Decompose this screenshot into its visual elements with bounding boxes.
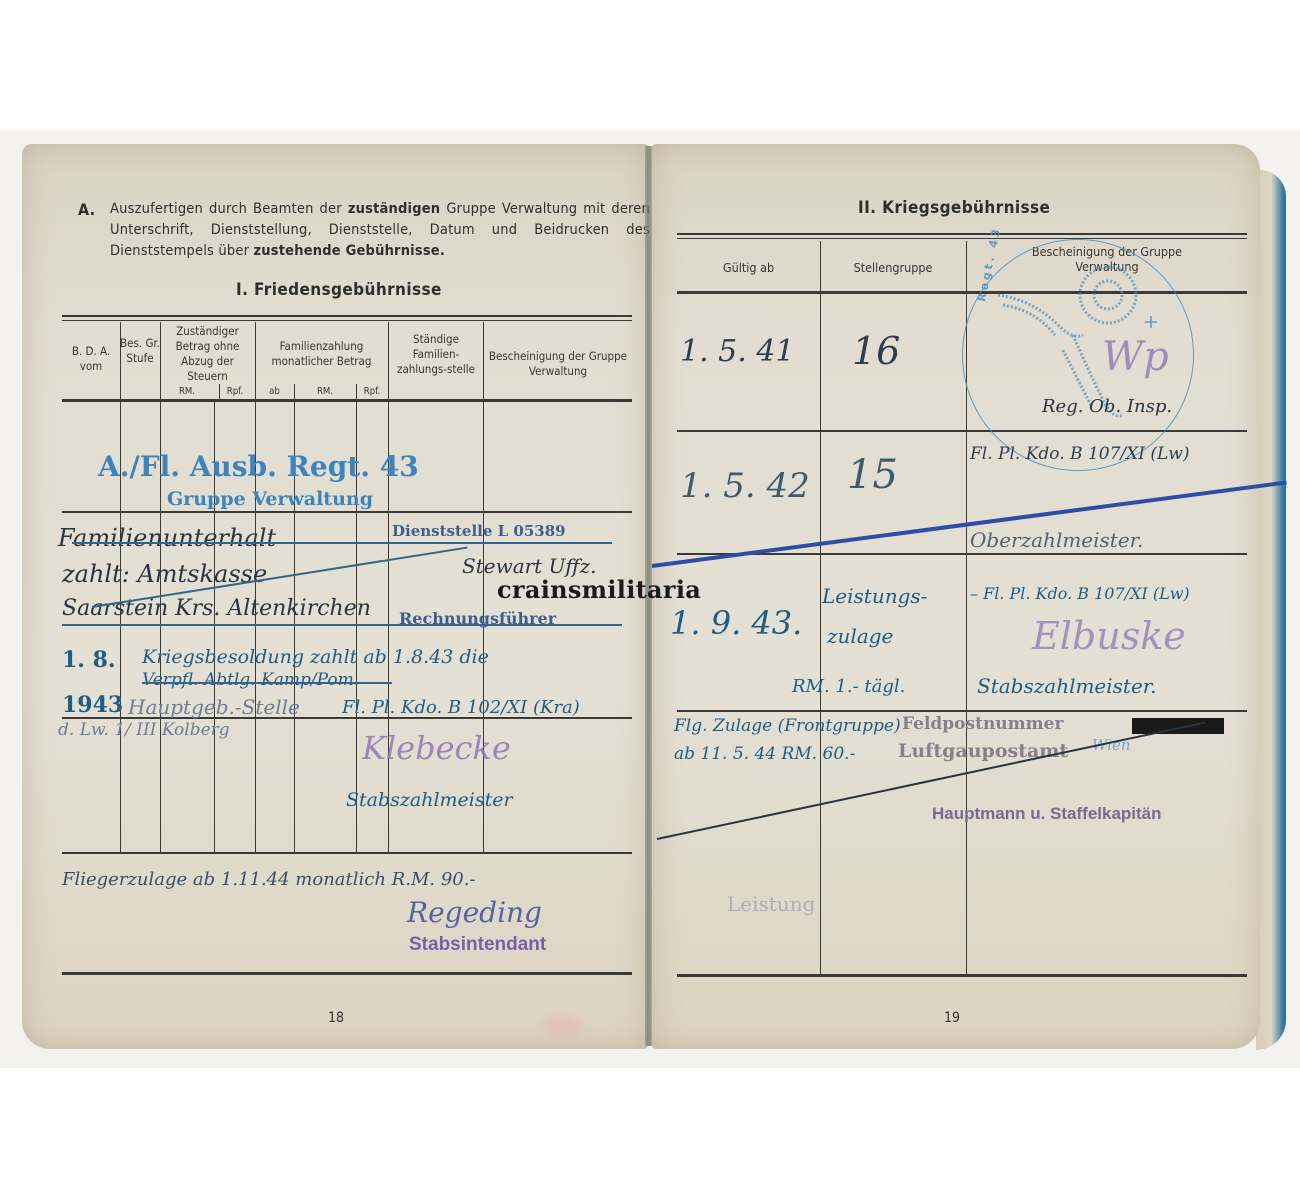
table-bottom-rule xyxy=(677,974,1247,977)
header-familie-ab: ab xyxy=(255,384,294,399)
section-title-kriegsgebuehrnisse: II. Kriegsgebührnisse xyxy=(858,198,1050,218)
signature-regeding: Regeding xyxy=(407,896,542,929)
header-bda: B. D. A. vom xyxy=(62,344,120,374)
entry-fliegerzulage: Fliegerzulage ab 1.11.44 monatlich R.M. … xyxy=(62,869,476,890)
row3-stellengruppe-line3: RM. 1.- tägl. xyxy=(792,676,905,697)
watermark-text: crainsmilitaria xyxy=(497,575,701,604)
zulage-line2: ab 11. 5. 44 RM. 60.- xyxy=(674,744,855,764)
violet-signature: Wp xyxy=(1102,334,1169,380)
table-top-rule xyxy=(677,233,1247,239)
header-familienzahlung: Familienzahlung monatlicher Betrag xyxy=(255,339,388,369)
entry-stabszahlmeister: Stabszahlmeister xyxy=(346,789,513,811)
entry-kolberg: d. Lw. 1/ III Kolberg xyxy=(58,720,230,740)
row1-gueltig-ab: 1. 5. 41 xyxy=(680,334,795,369)
instruction-block: A. Auszufertigen durch Beamten der zustä… xyxy=(80,199,650,262)
header-betrag-rpf: Rpf. xyxy=(216,384,254,399)
entry-verpfl-abtlg: Verpfl. Abtlg. Kamp/Pom. xyxy=(142,670,359,690)
col-divider xyxy=(820,241,821,974)
violet-signature: Klebecke xyxy=(362,729,511,767)
header-bescheinigung: Bescheinigung der Gruppe Verwaltung xyxy=(488,349,628,379)
stamp-hauptmann: Hauptmann u. Staffelkapitän xyxy=(932,804,1162,824)
row2-bescheinigung-rank: Oberzahlmeister. xyxy=(970,528,1143,552)
strike-line xyxy=(72,542,612,544)
entry-date-day: 1. 8. xyxy=(62,647,116,673)
row3-stellengruppe-line1: Leistungs- xyxy=(822,584,927,608)
page-number-left: 18 xyxy=(328,1010,344,1026)
faint-stamp: Leistung xyxy=(727,892,815,916)
stamp-dienststelle: Dienststelle L 05389 xyxy=(392,522,566,540)
page-number-right: 19 xyxy=(944,1010,960,1026)
stamp-stabsintendant: Stabsintendant xyxy=(409,934,546,956)
stamp-luftgaupostamt: Luftgaupostamt xyxy=(898,740,1068,762)
document-photo: A. Auszufertigen durch Beamten der zustä… xyxy=(0,130,1300,1068)
header-gueltig-ab: Gültig ab xyxy=(677,260,820,275)
violet-signature: Elbuske xyxy=(1032,614,1186,658)
row2-gueltig-ab: 1. 5. 42 xyxy=(680,466,810,506)
redaction-bar xyxy=(1132,718,1224,734)
row3-bescheinigung-unit: – Fl. Pl. Kdo. B 107/XI (Lw) xyxy=(970,584,1190,603)
booklet-cover-edge xyxy=(1256,170,1286,1050)
unit-stamp-line1: A./Fl. Ausb. Regt. 43 xyxy=(98,450,419,483)
header-bes: Bes. Gr. Stufe xyxy=(120,336,160,366)
header-bottom-rule xyxy=(62,399,632,402)
row2-stellengruppe: 15 xyxy=(847,452,898,498)
header-familie-rpf: Rpf. xyxy=(356,384,388,399)
stamp-feldpostnummer: Feldpostnummer xyxy=(902,714,1063,734)
entry-kriegsbesoldung: Kriegsbesoldung zahlt ab 1.8.43 die xyxy=(142,646,489,668)
table-top-rule xyxy=(62,315,632,321)
section-title-friedensgebuehrnisse: I. Friedensgebührnisse xyxy=(236,280,442,300)
strike-line xyxy=(142,682,392,684)
header-familienzahlungsstelle: Ständige Familien-zahlungs-stelle xyxy=(392,332,480,377)
header-betrag-rm: RM. xyxy=(162,384,212,399)
row1-bescheinigung: Reg. Ob. Insp. xyxy=(1042,396,1172,417)
entry-date-year: 1943 xyxy=(62,692,123,718)
header-betrag: Zuständiger Betrag ohne Abzug der Steuer… xyxy=(160,324,255,384)
row1-stellengruppe: 16 xyxy=(852,329,900,373)
col-divider xyxy=(388,322,389,852)
row-rule-1 xyxy=(62,511,632,513)
zulage-line1: Flg. Zulage (Frontgruppe) xyxy=(674,716,901,736)
row3-stellengruppe-line2: zulage xyxy=(827,624,893,648)
entry-fl-pl-kdo: Fl. Pl. Kdo. B 102/XI (Kra) xyxy=(342,697,580,718)
strike-line xyxy=(62,624,622,626)
instruction-text: Auszufertigen durch Beamten der zuständi… xyxy=(110,199,650,262)
entry-ort: Saarstein Krs. Altenkirchen xyxy=(62,596,371,621)
col-divider xyxy=(483,322,484,852)
right-page: II. Kriegsgebührnisse Gültig ab Stelleng… xyxy=(652,144,1260,1049)
instruction-label: A. xyxy=(78,199,95,220)
row3-bescheinigung-rank: Stabszahlmeister. xyxy=(977,674,1157,698)
table-bottom-rule xyxy=(62,972,632,975)
row3-gueltig-ab: 1. 9. 43. xyxy=(670,604,802,642)
stain xyxy=(542,1014,582,1038)
header-stellengruppe: Stellengruppe xyxy=(820,260,966,275)
row-rule-3 xyxy=(62,852,632,854)
header-familie-rm: RM. xyxy=(294,384,356,399)
unit-stamp-line2: Gruppe Verwaltung xyxy=(167,488,373,510)
row-rule-3 xyxy=(677,710,1247,712)
row2-bescheinigung-unit: Fl. Pl. Kdo. B 107/XI (Lw) xyxy=(970,444,1189,464)
entry-hauptgeb-stelle: Hauptgeb.-Stelle xyxy=(128,695,300,719)
entry-familienunterhalt: Familienunterhalt xyxy=(58,524,276,552)
